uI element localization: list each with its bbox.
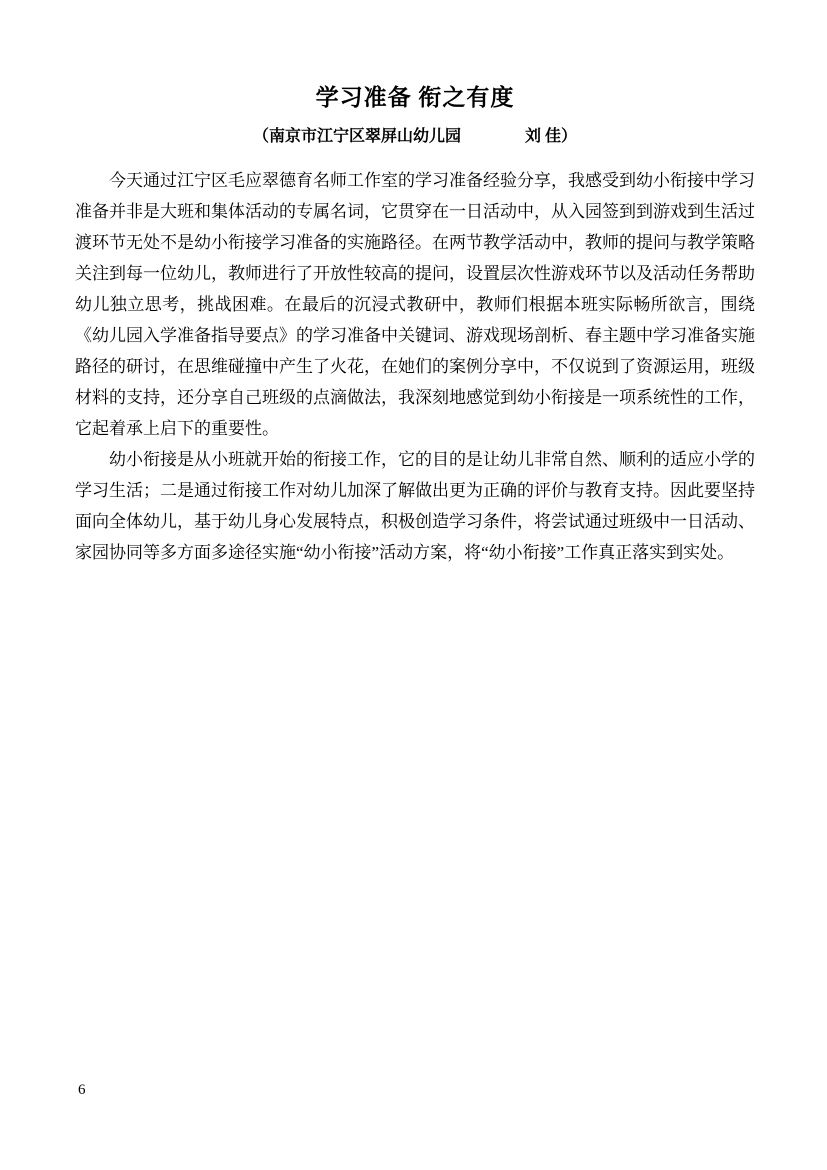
- document-page: 学习准备 衔之有度 （南京市江宁区翠屏山幼儿园 刘 佳） 今天通过江宁区毛应翠德…: [0, 0, 827, 1170]
- body-paragraph-1: 今天通过江宁区毛应翠德育名师工作室的学习准备经验分享，我感受到幼小衔接中学习准备…: [75, 165, 755, 444]
- document-byline: （南京市江宁区翠屏山幼儿园 刘 佳）: [75, 126, 755, 148]
- body-paragraph-2: 幼小衔接是从小班就开始的衔接工作，它的目的是让幼儿非常自然、顺利的适应小学的学习…: [75, 444, 755, 568]
- document-title: 学习准备 衔之有度: [75, 83, 755, 113]
- page-number: 6: [78, 1080, 86, 1100]
